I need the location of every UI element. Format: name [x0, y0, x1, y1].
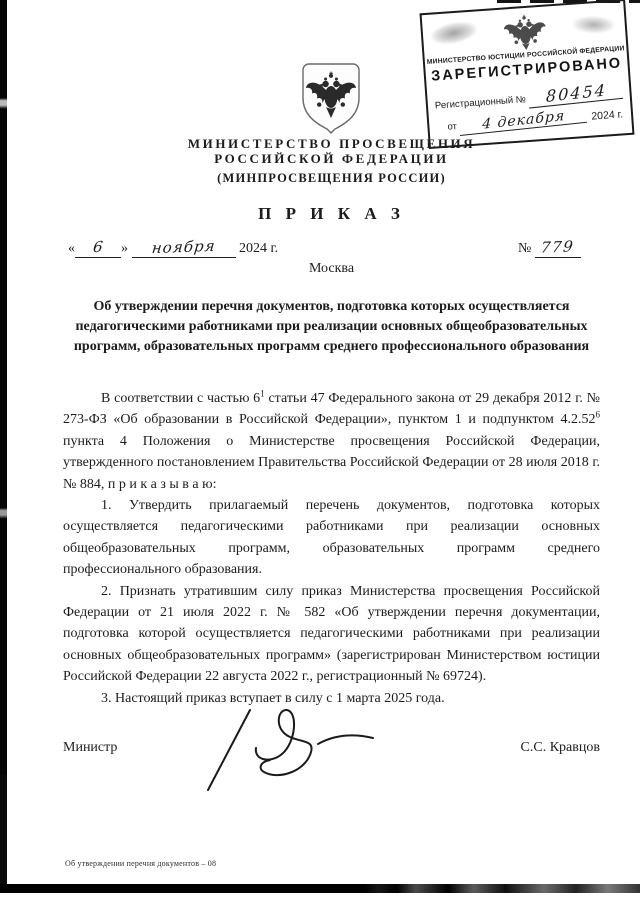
superscript-2: 6 — [596, 410, 601, 420]
document-body: В соответствии с частью 61 статьи 47 Фед… — [63, 388, 600, 709]
handwritten-month: ноября — [151, 237, 217, 257]
paragraph-item-2: 2. Признать утратившим силу приказ Минис… — [63, 581, 600, 688]
document-type-heading: П Р И К А З — [63, 204, 600, 224]
city-label: Москва — [63, 261, 600, 277]
stamp-smudge-right — [572, 15, 615, 33]
stamp-eagle-icon — [501, 7, 550, 52]
stamp-reg-number-label: Регистрационный № — [435, 94, 527, 111]
document-number: № 779 — [518, 238, 581, 258]
ministry-name-line1: МИНИСТЕРСТВО ПРОСВЕЩЕНИЯ — [63, 136, 600, 152]
coat-of-arms-icon — [300, 62, 362, 138]
document-title: Об утверждении перечня документов, подго… — [63, 297, 600, 357]
handwritten-day: 6 — [74, 237, 122, 257]
preamble-text-3: пункта 4 Положения о Министерстве просве… — [63, 434, 600, 492]
stamp-date-year: 2024 г. — [591, 108, 624, 122]
preamble-text-1: В соответствии с частью 6 — [101, 391, 260, 406]
paragraph-item-1: 1. Утвердить прилагаемый перечень докуме… — [63, 495, 600, 581]
ministry-name-line2: РОССИЙСКОЙ ФЕДЕРАЦИИ — [63, 151, 600, 167]
scan-artifact-left-bar — [0, 0, 7, 891]
registration-stamp: МИНИСТЕРСТВО ЮСТИЦИИ РОССИЙСКОЙ ФЕДЕРАЦИ… — [420, 0, 635, 149]
signer-name: С.С. Кравцов — [63, 740, 600, 756]
document-date: «6» ноября 2024 г. — [68, 238, 278, 258]
ministry-short-name: (МИНПРОСВЕЩЕНИЯ РОССИИ) — [63, 171, 600, 186]
close-quote: » — [121, 241, 128, 256]
stamp-smudge-left — [429, 19, 478, 47]
handwritten-number: 779 — [540, 237, 575, 256]
number-sign: № — [518, 241, 531, 256]
paragraph-preamble: В соответствии с частью 61 статьи 47 Фед… — [63, 388, 600, 495]
stamp-reg-number-value: 80454 — [529, 79, 624, 109]
stamp-date-from-label: от — [447, 121, 457, 133]
document-year: 2024 г. — [239, 241, 278, 256]
document-page: МИНИСТЕРСТВО ЮСТИЦИИ РОССИЙСКОЙ ФЕДЕРАЦИ… — [0, 0, 640, 901]
footer-reference: Об утверждении перечня документов – 08 — [65, 859, 216, 868]
scan-artifact-bottom-bar — [0, 884, 640, 893]
